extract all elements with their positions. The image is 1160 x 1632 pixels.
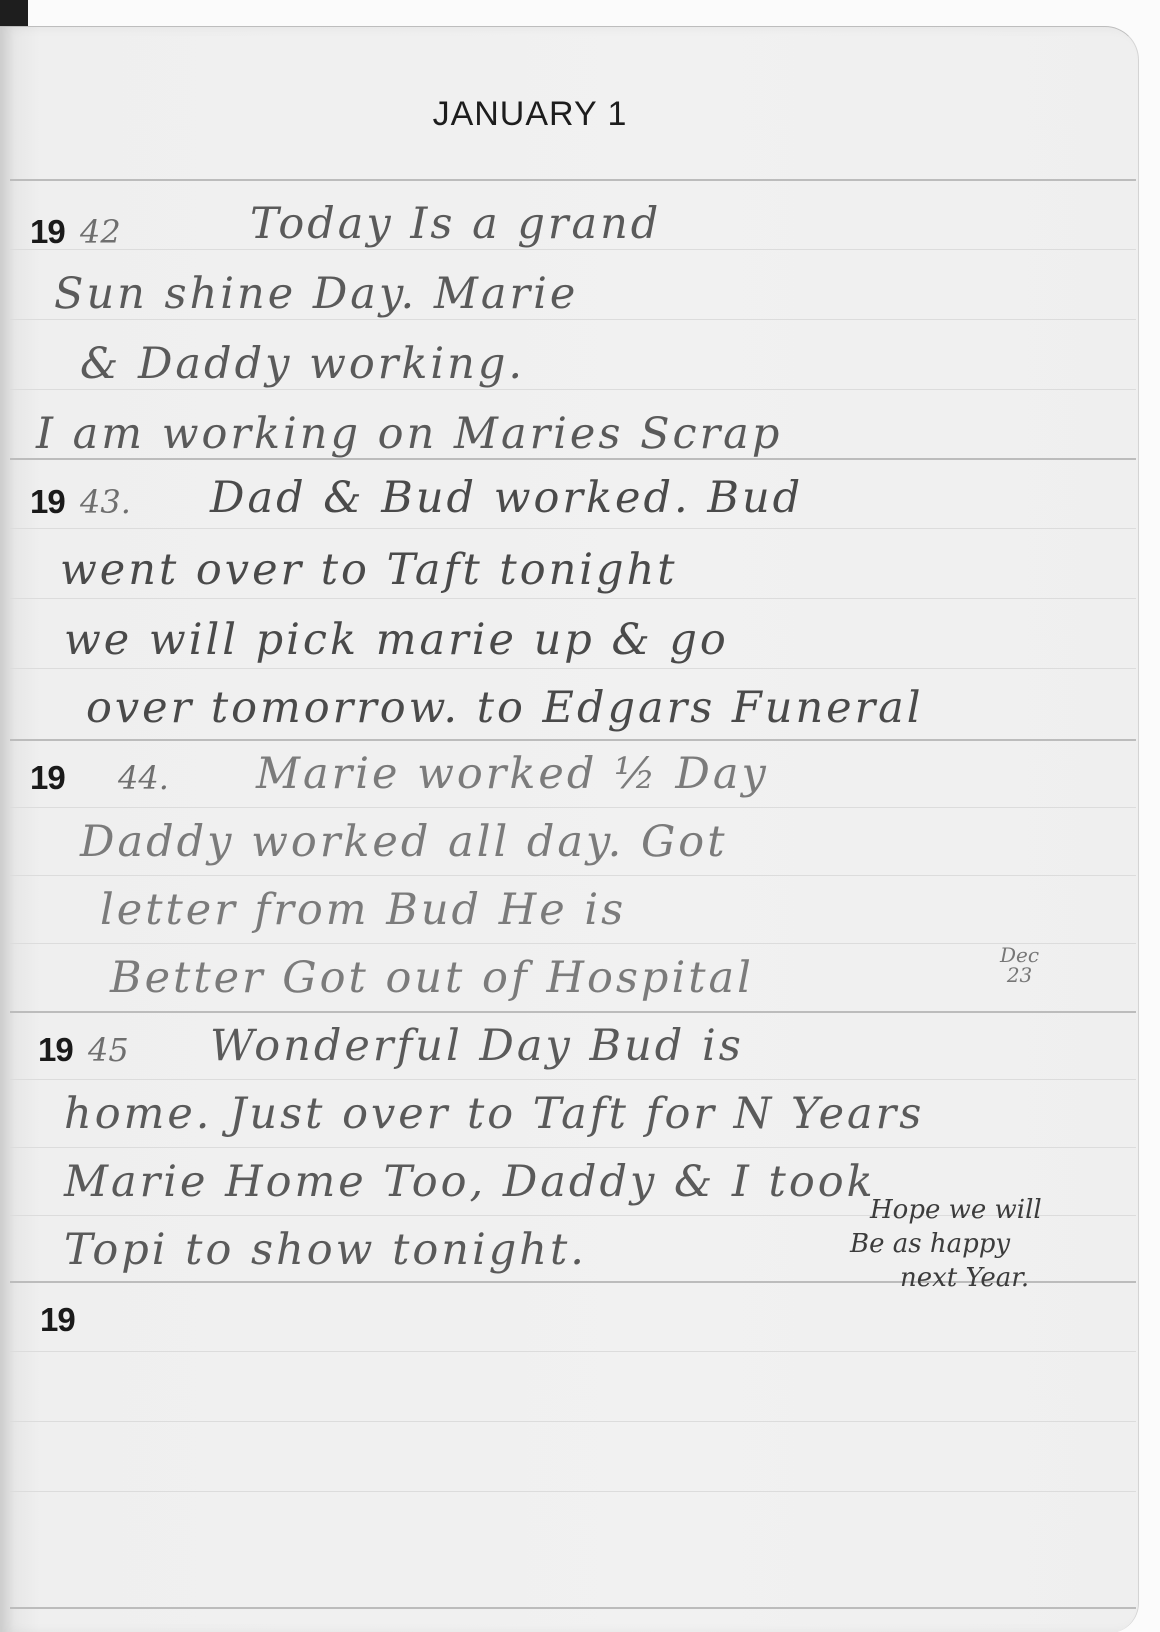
year-prefix: 19 [30,213,65,251]
entry-line: letter from Bud He is [100,885,626,935]
page-title: JANUARY 1 [0,95,1060,134]
writing-rule [10,1079,1136,1080]
year-suffix: 44. [118,759,169,797]
writing-rule [10,807,1136,808]
year-prefix: 19 [30,759,65,797]
entry-line: Marie Home Too, Daddy & I took [64,1157,876,1207]
entry-line: I am working on Maries Scrap [36,409,782,459]
writing-rule [10,943,1136,944]
writing-rule [10,1351,1136,1352]
writing-rule [10,1421,1136,1422]
year-prefix: 19 [38,1031,73,1069]
section-divider [10,1011,1136,1013]
margin-note-month: Dec [1000,945,1039,965]
entry-line: we will pick marie up & go [64,615,729,665]
entry-line: Sun shine Day. Marie [54,269,578,319]
section-divider [10,1607,1136,1609]
entry-line: Topi to show tonight. [64,1225,587,1275]
year-prefix: 19 [30,483,65,521]
writing-rule [10,528,1136,529]
writing-rule [10,319,1136,320]
section-divider [10,739,1136,741]
entry-line: Today Is a grand [250,199,661,249]
side-note-line: next Year. [900,1263,1029,1293]
writing-rule [10,668,1136,669]
year-prefix: 19 [40,1301,75,1339]
writing-rule [10,249,1136,250]
diary-page: JANUARY 1 19 42 Today Is a grand Sun shi… [0,26,1139,1632]
entry-line: over tomorrow. to Edgars Funeral [86,683,924,733]
writing-rule [10,875,1136,876]
writing-rule [10,389,1136,390]
entry-line: & Daddy working. [80,339,525,389]
year-suffix: 43. [80,483,131,521]
entry-line: Dad & Bud worked. Bud [210,473,803,523]
entry-line: Wonderful Day Bud is [210,1021,744,1071]
year-suffix: 42 [80,213,121,251]
side-note-line: Be as happy [850,1229,1010,1259]
year-suffix: 45 [88,1031,129,1069]
entry-line: went over to Taft tonight [60,545,678,595]
writing-rule [10,598,1136,599]
entry-line: Marie worked ½ Day [256,749,769,799]
side-note-line: Hope we will [870,1195,1042,1225]
entry-line: home. Just over to Taft for N Years [64,1089,924,1139]
writing-rule [10,1147,1136,1148]
margin-date-note: Dec 23 [1000,945,1039,985]
entry-line: Better Got out of Hospital [110,953,754,1003]
writing-rule [10,1491,1136,1492]
section-divider [10,179,1136,181]
entry-line: Daddy worked all day. Got [80,817,727,867]
margin-note-day: 23 [1000,965,1039,985]
